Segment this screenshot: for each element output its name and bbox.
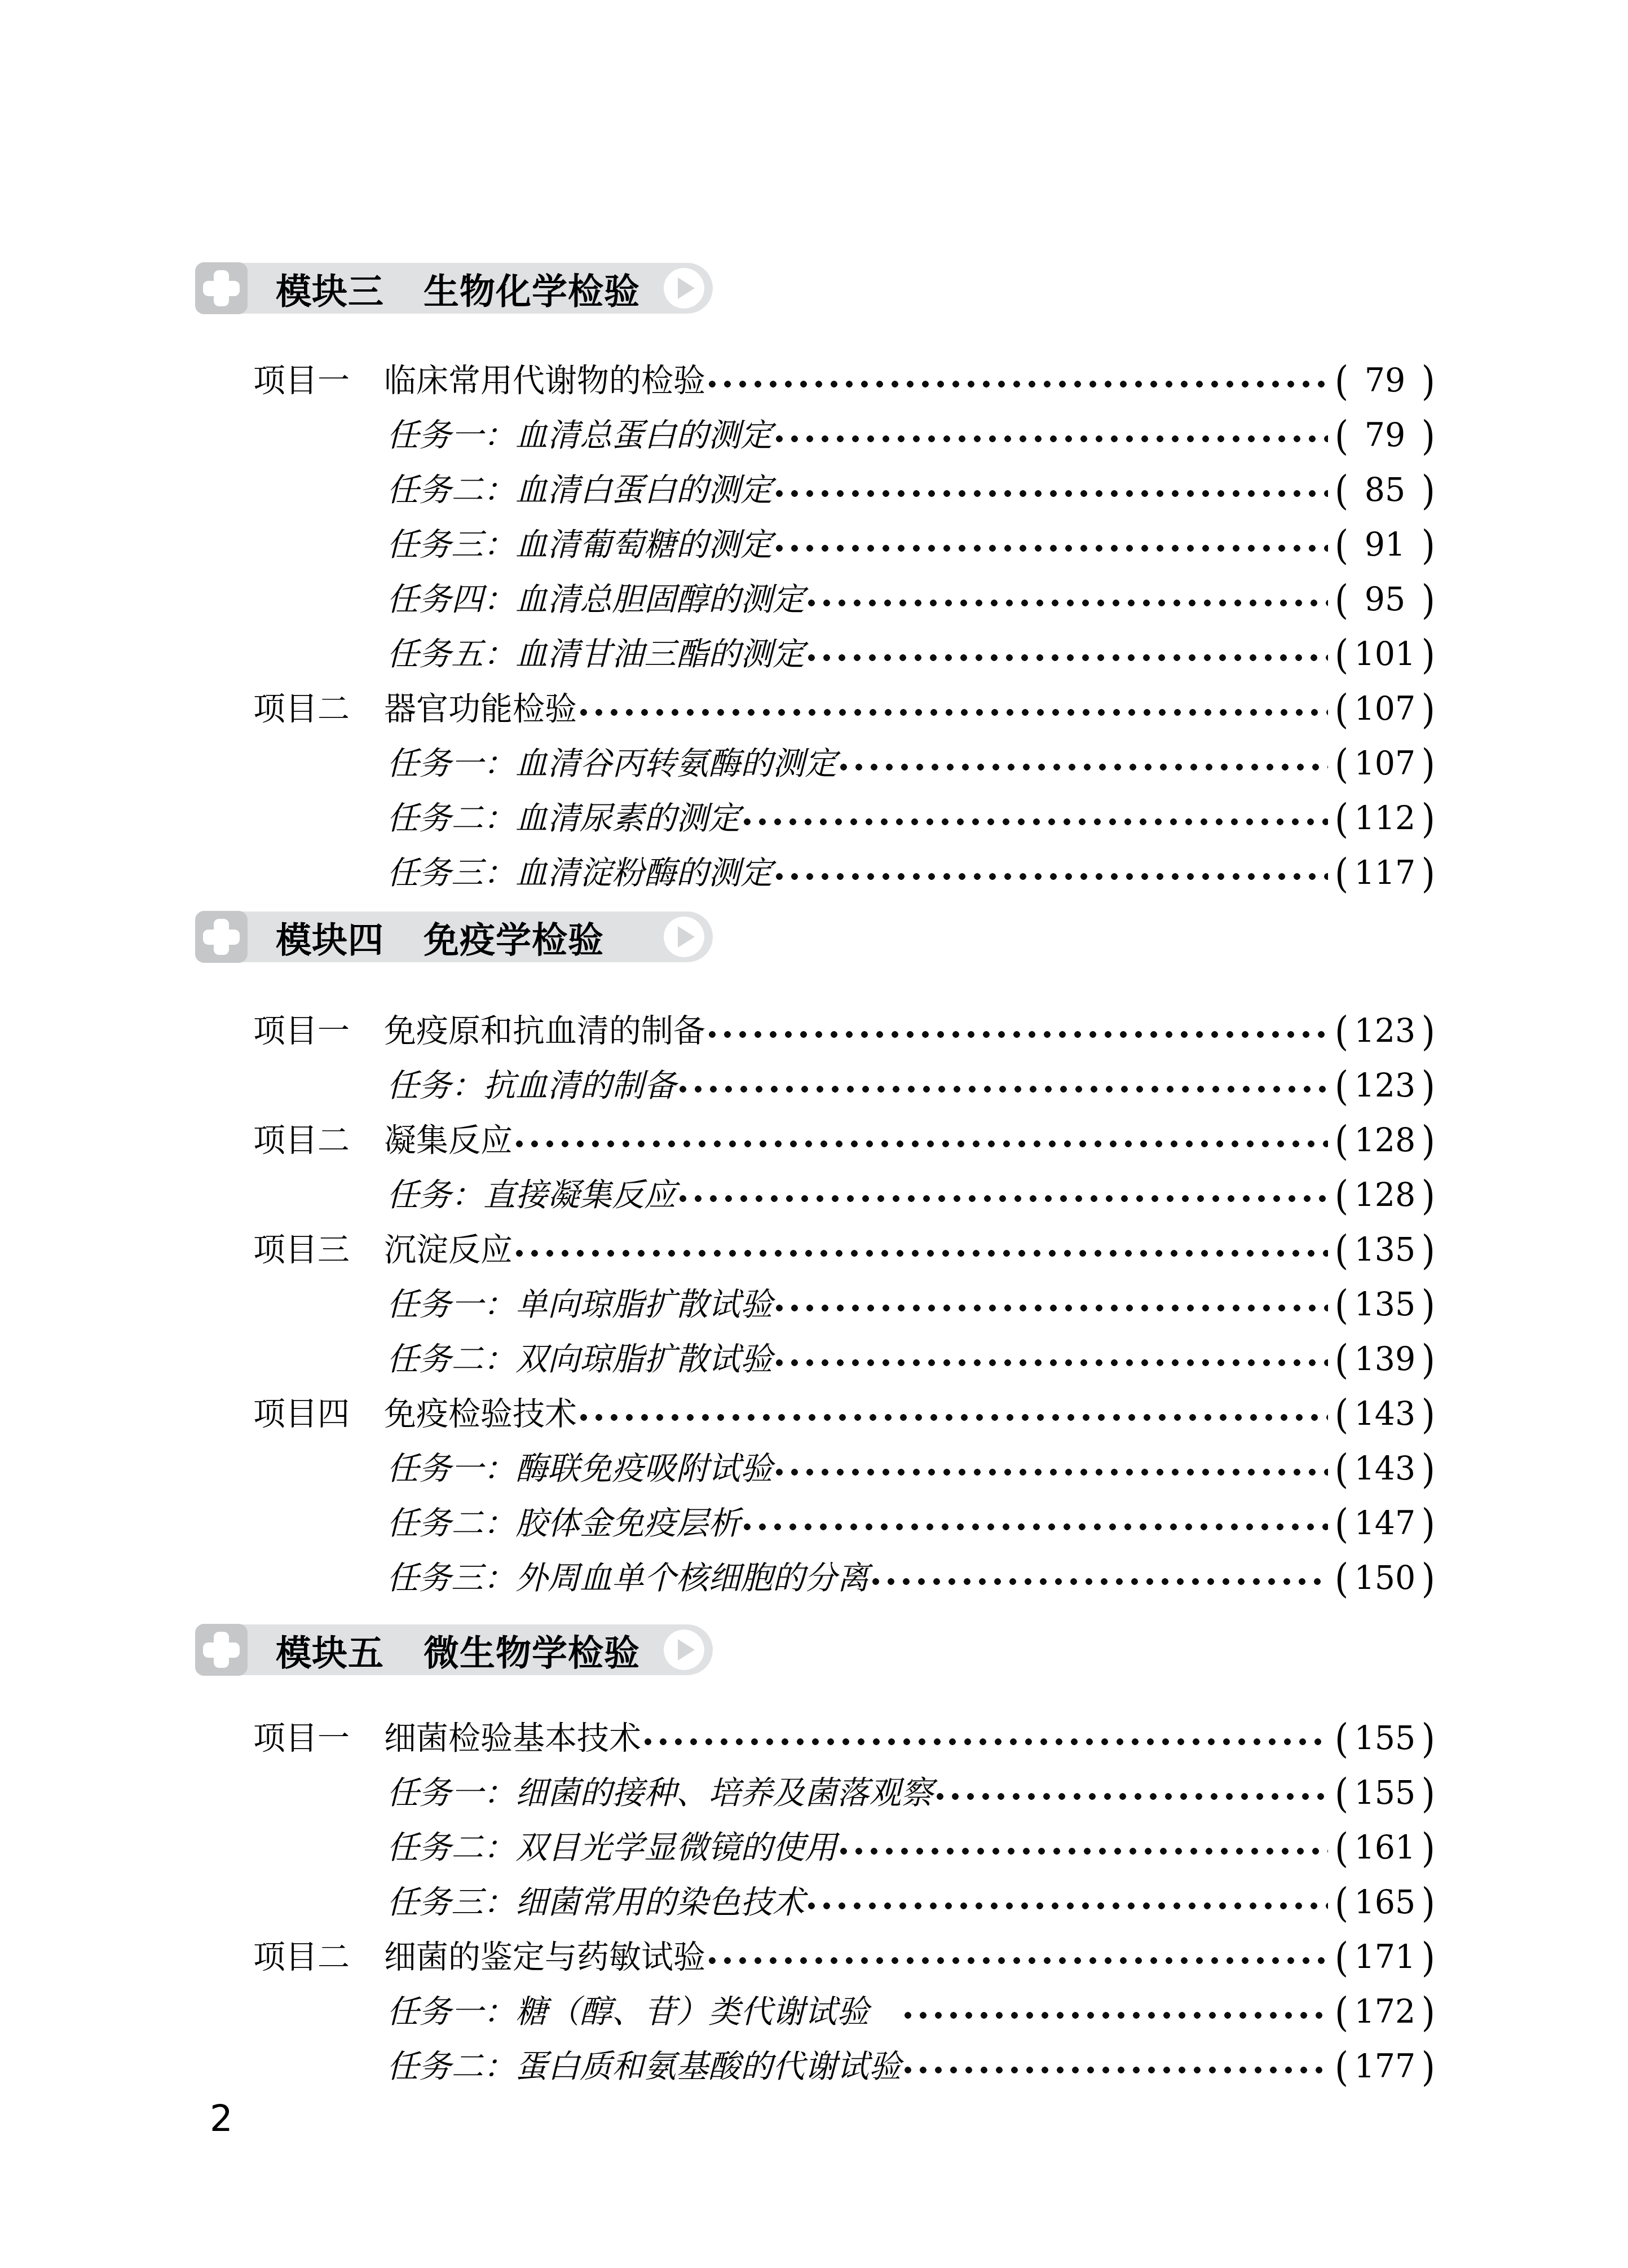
entry-title: 任务二：胶体金免疫层析 bbox=[387, 1496, 740, 1551]
dot-leader bbox=[645, 1736, 1328, 1748]
toc-entry: 项目二细菌的鉴定与药敏试验(171) bbox=[253, 1930, 1435, 1985]
page-ref-number: 95 bbox=[1365, 572, 1406, 627]
module-label: 模块四 bbox=[276, 919, 384, 961]
toc-entry: 项目二凝集反应(128) bbox=[253, 1113, 1435, 1168]
close-paren: ) bbox=[1422, 1219, 1435, 1282]
open-paren: ( bbox=[1335, 733, 1348, 796]
open-paren: ( bbox=[1335, 1871, 1348, 1935]
project-label: 项目二 bbox=[253, 1930, 384, 1985]
close-paren: ) bbox=[1422, 1055, 1435, 1118]
page-ref-number: 123 bbox=[1355, 1059, 1416, 1113]
module-header-4: 模块四免疫学检验 bbox=[195, 911, 713, 962]
page-ref: (79) bbox=[1335, 408, 1435, 463]
open-paren: ( bbox=[1335, 1164, 1348, 1227]
close-paren: ) bbox=[1422, 1926, 1435, 1989]
page-ref-number: 79 bbox=[1365, 354, 1406, 408]
open-paren: ( bbox=[1335, 1219, 1348, 1282]
entry-title: 沉淀反应 bbox=[384, 1223, 513, 1278]
toc-entries-module-5: 项目一细菌检验基本技术(155)任务一：细菌的接种、培养及菌落观察(155)任务… bbox=[253, 1711, 1435, 2094]
entry-title: 凝集反应 bbox=[384, 1113, 513, 1168]
entry-title: 任务一：血清总蛋白的测定 bbox=[387, 408, 773, 463]
toc-entries-module-3: 项目一临床常用代谢物的检验(79)任务一：血清总蛋白的测定(79)任务二：血清白… bbox=[253, 354, 1435, 901]
page-ref: (135) bbox=[1335, 1223, 1435, 1278]
open-paren: ( bbox=[1335, 1438, 1348, 1501]
dot-leader bbox=[516, 1247, 1328, 1259]
toc-entry: 任务三：细菌常用的染色技术(165) bbox=[253, 1875, 1435, 1930]
page-ref-number: 139 bbox=[1355, 1332, 1416, 1387]
open-paren: ( bbox=[1335, 1707, 1348, 1771]
page-ref: (165) bbox=[1335, 1875, 1435, 1930]
page-ref-number: 177 bbox=[1355, 2040, 1416, 2094]
page-ref: (143) bbox=[1335, 1387, 1435, 1442]
close-paren: ) bbox=[1422, 842, 1435, 905]
close-paren: ) bbox=[1422, 1000, 1435, 1063]
close-paren: ) bbox=[1422, 787, 1435, 851]
page-ref-number: 107 bbox=[1355, 682, 1416, 737]
close-paren: ) bbox=[1422, 2036, 1435, 2099]
entry-title: 任务四：血清总胆固醇的测定 bbox=[387, 572, 805, 627]
open-paren: ( bbox=[1335, 1926, 1348, 1989]
close-paren: ) bbox=[1422, 1383, 1435, 1446]
page-ref: (128) bbox=[1335, 1113, 1435, 1168]
toc-entry: 任务三：血清葡萄糖的测定(91) bbox=[253, 518, 1435, 572]
close-paren: ) bbox=[1422, 1438, 1435, 1501]
entry-title: 任务二：血清白蛋白的测定 bbox=[387, 463, 773, 518]
page-ref-number: 172 bbox=[1355, 1985, 1416, 2040]
open-paren: ( bbox=[1335, 350, 1348, 413]
page-ref: (161) bbox=[1335, 1821, 1435, 1875]
module-label: 模块五 bbox=[276, 1632, 384, 1674]
project-label: 项目二 bbox=[253, 1113, 384, 1168]
entry-title: 任务五：血清甘油三酯的测定 bbox=[387, 627, 805, 682]
page-ref: (171) bbox=[1335, 1930, 1435, 1985]
toc-entry: 项目一免疫原和抗血清的制备(123) bbox=[253, 1004, 1435, 1059]
close-paren: ) bbox=[1422, 1492, 1435, 1556]
open-paren: ( bbox=[1335, 569, 1348, 632]
open-paren: ( bbox=[1335, 1055, 1348, 1118]
entry-title: 器官功能检验 bbox=[384, 682, 577, 737]
entry-title: 任务三：细菌常用的染色技术 bbox=[387, 1875, 805, 1930]
close-paren: ) bbox=[1422, 1981, 1435, 2044]
module-name: 微生物学检验 bbox=[423, 1632, 640, 1674]
page-ref: (101) bbox=[1335, 627, 1435, 682]
dot-leader bbox=[937, 1790, 1328, 1803]
dot-leader bbox=[680, 1192, 1328, 1205]
page-ref: (150) bbox=[1335, 1551, 1435, 1606]
toc-entries-module-4: 项目一免疫原和抗血清的制备(123)任务：抗血清的制备(123)项目二凝集反应(… bbox=[253, 1004, 1435, 1606]
toc-entry: 任务二：双目光学显微镜的使用(161) bbox=[253, 1821, 1435, 1875]
open-paren: ( bbox=[1335, 1492, 1348, 1556]
page-ref-number: 171 bbox=[1355, 1930, 1416, 1985]
entry-title: 任务一：单向琼脂扩散试验 bbox=[387, 1278, 773, 1332]
dot-leader bbox=[776, 870, 1328, 883]
entry-title: 任务三：血清淀粉酶的测定 bbox=[387, 846, 773, 901]
dot-leader bbox=[840, 1845, 1328, 1857]
page-ref-number: 135 bbox=[1355, 1223, 1416, 1278]
toc-entry: 项目一细菌检验基本技术(155) bbox=[253, 1711, 1435, 1766]
play-circle-icon bbox=[664, 1630, 704, 1670]
dot-leader bbox=[744, 1521, 1328, 1533]
dot-leader bbox=[808, 651, 1328, 664]
plus-cross-icon bbox=[195, 262, 248, 314]
close-paren: ) bbox=[1422, 459, 1435, 522]
page-ref-number: 128 bbox=[1355, 1113, 1416, 1168]
entry-title: 任务二：双向琼脂扩散试验 bbox=[387, 1332, 773, 1387]
dot-leader bbox=[709, 1954, 1328, 1967]
page-ref: (112) bbox=[1335, 791, 1435, 846]
toc-entry: 任务一：血清总蛋白的测定(79) bbox=[253, 408, 1435, 463]
page-ref-number: 91 bbox=[1365, 518, 1406, 572]
close-paren: ) bbox=[1422, 623, 1435, 686]
open-paren: ( bbox=[1335, 1274, 1348, 1337]
play-triangle-icon bbox=[678, 926, 695, 948]
entry-title: 任务一：酶联免疫吸附试验 bbox=[387, 1442, 773, 1496]
dot-leader bbox=[808, 597, 1328, 609]
module-header-5: 模块五微生物学检验 bbox=[195, 1624, 713, 1675]
page-ref: (123) bbox=[1335, 1059, 1435, 1113]
toc-entry: 任务：直接凝集反应(128) bbox=[253, 1168, 1435, 1223]
play-circle-icon bbox=[664, 917, 704, 957]
page-ref-number: 112 bbox=[1355, 791, 1416, 846]
dot-leader bbox=[516, 1138, 1328, 1150]
toc-entry: 任务五：血清甘油三酯的测定(101) bbox=[253, 627, 1435, 682]
dot-leader bbox=[808, 1900, 1328, 1912]
page-ref: (143) bbox=[1335, 1442, 1435, 1496]
toc-entry: 任务：抗血清的制备(123) bbox=[253, 1059, 1435, 1113]
toc-entry: 任务二：双向琼脂扩散试验(139) bbox=[253, 1332, 1435, 1387]
page-ref: (139) bbox=[1335, 1332, 1435, 1387]
entry-title: 任务：抗血清的制备 bbox=[387, 1059, 676, 1113]
dot-leader bbox=[905, 2064, 1328, 2076]
entry-title: 任务二：蛋白质和氨基酸的代谢试验 bbox=[387, 2040, 901, 2094]
module-title: 模块五微生物学检验 bbox=[276, 1624, 640, 1676]
page-ref-number: 143 bbox=[1355, 1442, 1416, 1496]
page-ref: (85) bbox=[1335, 463, 1435, 518]
dot-leader bbox=[905, 2009, 1328, 2022]
page-number: 2 bbox=[210, 2094, 233, 2144]
entry-title: 细菌检验基本技术 bbox=[384, 1711, 641, 1766]
dot-leader bbox=[776, 542, 1328, 554]
toc-entry: 项目二器官功能检验(107) bbox=[253, 682, 1435, 737]
dot-leader bbox=[680, 1083, 1328, 1095]
page-ref-number: 161 bbox=[1355, 1821, 1416, 1875]
dot-leader bbox=[840, 761, 1328, 773]
close-paren: ) bbox=[1422, 733, 1435, 796]
project-label: 项目三 bbox=[253, 1223, 384, 1278]
toc-entry: 项目一临床常用代谢物的检验(79) bbox=[253, 354, 1435, 408]
dot-leader bbox=[872, 1575, 1328, 1588]
close-paren: ) bbox=[1422, 1328, 1435, 1391]
module-title: 模块四免疫学检验 bbox=[276, 911, 604, 963]
toc-entry: 任务一：糖（醇、苷）类代谢试验 (172) bbox=[253, 1985, 1435, 2040]
page-ref: (128) bbox=[1335, 1168, 1435, 1223]
page-ref: (155) bbox=[1335, 1711, 1435, 1766]
open-paren: ( bbox=[1335, 1109, 1348, 1173]
open-paren: ( bbox=[1335, 404, 1348, 468]
close-paren: ) bbox=[1422, 1871, 1435, 1935]
page-ref: (155) bbox=[1335, 1766, 1435, 1821]
page-ref-number: 117 bbox=[1355, 846, 1416, 901]
page-ref: (79) bbox=[1335, 354, 1435, 408]
page-ref-number: 79 bbox=[1365, 408, 1406, 463]
open-paren: ( bbox=[1335, 1328, 1348, 1391]
open-paren: ( bbox=[1335, 514, 1348, 577]
entry-title: 任务一：血清谷丙转氨酶的测定 bbox=[387, 737, 837, 791]
entry-title: 任务三：外周血单个核细胞的分离 bbox=[387, 1551, 869, 1606]
entry-title: 免疫原和抗血清的制备 bbox=[384, 1004, 705, 1059]
page-ref: (91) bbox=[1335, 518, 1435, 572]
page-ref-number: 123 bbox=[1355, 1004, 1416, 1059]
toc-entry: 任务一：酶联免疫吸附试验(143) bbox=[253, 1442, 1435, 1496]
entry-title: 任务二：血清尿素的测定 bbox=[387, 791, 740, 846]
plus-cross-icon bbox=[195, 911, 248, 963]
dot-leader bbox=[709, 378, 1328, 390]
open-paren: ( bbox=[1335, 1547, 1348, 1610]
plus-cross-icon bbox=[195, 1624, 248, 1676]
toc-entry: 任务二：血清尿素的测定(112) bbox=[253, 791, 1435, 846]
close-paren: ) bbox=[1422, 1109, 1435, 1173]
dot-leader bbox=[776, 1302, 1328, 1314]
project-label: 项目二 bbox=[253, 682, 384, 737]
entry-title: 免疫检验技术 bbox=[384, 1387, 577, 1442]
entry-title: 任务：直接凝集反应 bbox=[387, 1168, 676, 1223]
dot-leader bbox=[776, 1357, 1328, 1369]
module-header-3: 模块三生物化学检验 bbox=[195, 263, 713, 314]
close-paren: ) bbox=[1422, 1164, 1435, 1227]
open-paren: ( bbox=[1335, 1762, 1348, 1825]
play-triangle-icon bbox=[678, 278, 695, 299]
page-ref: (117) bbox=[1335, 846, 1435, 901]
page-ref-number: 143 bbox=[1355, 1387, 1416, 1442]
module-name: 生物化学检验 bbox=[423, 270, 640, 312]
page-ref-number: 85 bbox=[1365, 463, 1406, 518]
open-paren: ( bbox=[1335, 623, 1348, 686]
dot-leader bbox=[776, 487, 1328, 500]
toc-entry: 任务二：血清白蛋白的测定(85) bbox=[253, 463, 1435, 518]
page-ref: (123) bbox=[1335, 1004, 1435, 1059]
page-ref: (107) bbox=[1335, 682, 1435, 737]
entry-title: 细菌的鉴定与药敏试验 bbox=[384, 1930, 705, 1985]
project-label: 项目四 bbox=[253, 1387, 384, 1442]
dot-leader bbox=[709, 1028, 1328, 1041]
page-ref-number: 135 bbox=[1355, 1278, 1416, 1332]
close-paren: ) bbox=[1422, 678, 1435, 741]
toc-entry: 项目三沉淀反应(135) bbox=[253, 1223, 1435, 1278]
open-paren: ( bbox=[1335, 842, 1348, 905]
module-name: 免疫学检验 bbox=[423, 919, 604, 961]
page-ref: (177) bbox=[1335, 2040, 1435, 2094]
page-ref-number: 128 bbox=[1355, 1168, 1416, 1223]
open-paren: ( bbox=[1335, 459, 1348, 522]
entry-title: 临床常用代谢物的检验 bbox=[384, 354, 705, 408]
toc-entry: 任务三：血清淀粉酶的测定(117) bbox=[253, 846, 1435, 901]
project-label: 项目一 bbox=[253, 354, 384, 408]
close-paren: ) bbox=[1422, 1762, 1435, 1825]
entry-title: 任务二：双目光学显微镜的使用 bbox=[387, 1821, 837, 1875]
close-paren: ) bbox=[1422, 1547, 1435, 1610]
close-paren: ) bbox=[1422, 569, 1435, 632]
toc-entry: 任务二：蛋白质和氨基酸的代谢试验(177) bbox=[253, 2040, 1435, 2094]
page-ref: (135) bbox=[1335, 1278, 1435, 1332]
toc-entry: 任务一：单向琼脂扩散试验(135) bbox=[253, 1278, 1435, 1332]
project-label: 项目一 bbox=[253, 1711, 384, 1766]
project-label: 项目一 bbox=[253, 1004, 384, 1059]
dot-leader bbox=[580, 1411, 1328, 1424]
toc-entry: 任务二：胶体金免疫层析(147) bbox=[253, 1496, 1435, 1551]
toc-entry: 任务四：血清总胆固醇的测定(95) bbox=[253, 572, 1435, 627]
close-paren: ) bbox=[1422, 1817, 1435, 1880]
page-ref-number: 155 bbox=[1355, 1766, 1416, 1821]
page-ref-number: 150 bbox=[1355, 1551, 1416, 1606]
page-ref-number: 165 bbox=[1355, 1875, 1416, 1930]
module-label: 模块三 bbox=[276, 270, 384, 312]
close-paren: ) bbox=[1422, 1707, 1435, 1771]
dot-leader bbox=[744, 816, 1328, 828]
open-paren: ( bbox=[1335, 1817, 1348, 1880]
dot-leader bbox=[776, 433, 1328, 445]
toc-page: 模块三生物化学检验 项目一临床常用代谢物的检验(79)任务一：血清总蛋白的测定(… bbox=[0, 0, 1628, 2268]
play-circle-icon bbox=[664, 268, 704, 309]
close-paren: ) bbox=[1422, 350, 1435, 413]
dot-leader bbox=[580, 706, 1328, 719]
toc-entry: 任务三：外周血单个核细胞的分离(150) bbox=[253, 1551, 1435, 1606]
open-paren: ( bbox=[1335, 1383, 1348, 1446]
dot-leader bbox=[776, 1466, 1328, 1478]
toc-entry: 项目四免疫检验技术(143) bbox=[253, 1387, 1435, 1442]
page-ref: (107) bbox=[1335, 737, 1435, 791]
close-paren: ) bbox=[1422, 1274, 1435, 1337]
open-paren: ( bbox=[1335, 2036, 1348, 2099]
page-ref: (95) bbox=[1335, 572, 1435, 627]
entry-title: 任务三：血清葡萄糖的测定 bbox=[387, 518, 773, 572]
page-ref: (147) bbox=[1335, 1496, 1435, 1551]
open-paren: ( bbox=[1335, 1000, 1348, 1063]
page-ref-number: 147 bbox=[1355, 1496, 1416, 1551]
play-triangle-icon bbox=[678, 1639, 695, 1661]
page-ref-number: 155 bbox=[1355, 1711, 1416, 1766]
toc-entry: 任务一：细菌的接种、培养及菌落观察(155) bbox=[253, 1766, 1435, 1821]
entry-title: 任务一：糖（醇、苷）类代谢试验 bbox=[387, 1985, 901, 2040]
open-paren: ( bbox=[1335, 678, 1348, 741]
module-title: 模块三生物化学检验 bbox=[276, 263, 640, 314]
close-paren: ) bbox=[1422, 514, 1435, 577]
toc-entry: 任务一：血清谷丙转氨酶的测定(107) bbox=[253, 737, 1435, 791]
page-ref: (172) bbox=[1335, 1985, 1435, 2040]
entry-title: 任务一：细菌的接种、培养及菌落观察 bbox=[387, 1766, 933, 1821]
page-ref-number: 101 bbox=[1355, 627, 1416, 682]
page-ref-number: 107 bbox=[1355, 737, 1416, 791]
open-paren: ( bbox=[1335, 1981, 1348, 2044]
open-paren: ( bbox=[1335, 787, 1348, 851]
close-paren: ) bbox=[1422, 404, 1435, 468]
